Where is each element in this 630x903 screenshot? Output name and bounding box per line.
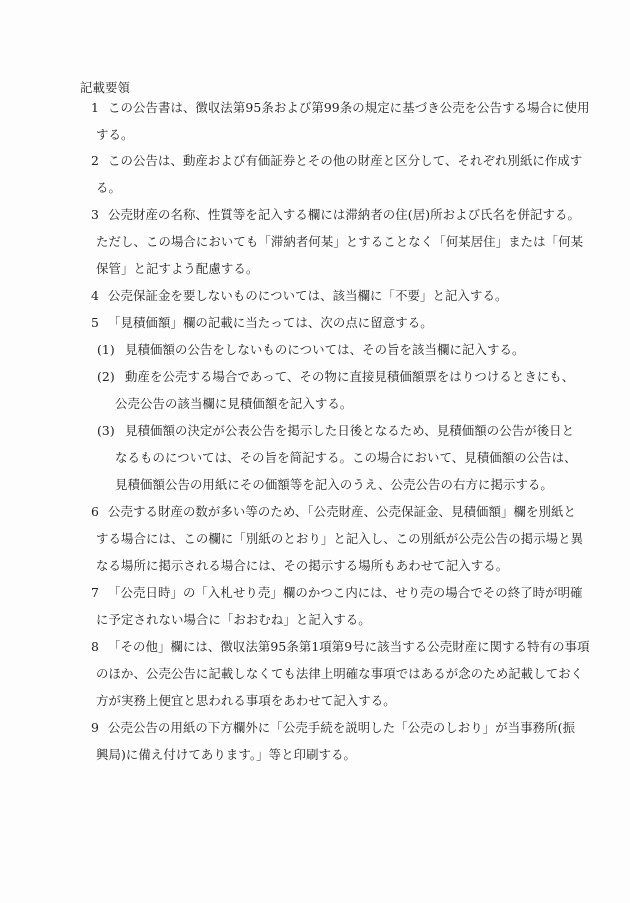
item-6-line-1: 公売する財産の数が多い等のため、「公売財産、公売保証金、見積価額」欄を別紙と (108, 504, 576, 520)
item-8-line-2: のほか、公売公告に記載しなくても法律上明確な事項ではあるが念のため記載しておく (96, 666, 583, 682)
item-4-line-1: 公売保証金を要しないものについては、該当欄に「不要」と記入する。 (108, 288, 507, 304)
item-5-line-1: 「見積価額」欄の記載に当たっては、次の点に留意する。 (108, 315, 433, 331)
item-9-line-2: 興局)に備え付けてあります。」等と印刷する。 (96, 747, 356, 763)
subitem-1-number: (1) (97, 342, 115, 358)
item-1-line-2: する。 (96, 127, 133, 143)
item-8-line-1: 「その他」欄には、徴収法第95条第1項第9号に該当する公売財産に関する特有の事項 (108, 639, 590, 655)
item-3-line-3: 保管」と記すよう配慮する。 (96, 261, 258, 277)
document-title: 記載要領 (80, 80, 130, 96)
item-3-line-1: 公売財産の名称、性質等を記入する欄には滞納者の住(居)所および氏名を併記する。 (108, 207, 580, 223)
item-8-number: 8 (91, 639, 99, 655)
subitem-2-line-2: 公売公告の該当欄に見積価額を記入する。 (115, 396, 352, 412)
subitem-3-line-2: なるものについては、その旨を简記する。この場合において、見積価額の公告は、 (115, 450, 577, 466)
item-7-line-2: に予定されない場合に「おおむね」と記入する。 (96, 612, 371, 628)
item-2-line-1: この公告は、動産および有価証券とその他の財産と区分して、それぞれ別紙に作成す (108, 153, 582, 169)
item-3-number: 3 (91, 207, 99, 223)
item-6-line-3: なる場所に掲示される場合には、その掲示する場所もあわせて記入する。 (96, 558, 508, 574)
subitem-3-line-3: 見積価額公告の用紙にその価額等を記入のうえ、公売公告の右方に掲示する。 (115, 477, 553, 493)
item-1-line-1: この公告書は、徴収法第95条および第99条の規定に基づき公売を公告する場合に使用 (108, 100, 590, 116)
subitem-3-number: (3) (97, 423, 115, 439)
item-9-line-1: 公売公告の用紙の下方欄外に「公売手続を説明した「公売のしおり」が当事務所(振 (108, 720, 575, 736)
item-2-line-2: る。 (96, 180, 121, 196)
item-2-number: 2 (91, 153, 99, 169)
item-6-number: 6 (91, 504, 99, 520)
item-5-number: 5 (91, 315, 99, 331)
item-3-line-2: ただし、この場合においても「滞納者何某」とすることなく「何某居住」または「何某 (96, 234, 583, 250)
item-8-line-3: 方が実務上便宜と思われる事項をあわせて記入する。 (96, 693, 396, 709)
item-7-line-1: 「公売日時」の「入札せり売」欄のかつこ内には、せり売の場合でその終了時が明確 (108, 585, 583, 601)
item-9-number: 9 (91, 720, 99, 736)
subitem-2-number: (2) (97, 369, 115, 385)
item-1-number: 1 (91, 100, 99, 116)
subitem-2-line-1: 動産を公売する場合であって、その物に直接見積価額票をはりつけるときにも、 (125, 369, 574, 385)
item-7-number: 7 (91, 585, 99, 601)
document-page: 記載要領 1 この公告書は、徴収法第95条および第99条の規定に基づき公売を公告… (0, 0, 630, 903)
subitem-3-line-1: 見積価額の決定が公表公告を掲示した日後となるため、見積価額の公告が後日と (125, 423, 574, 439)
subitem-1-line-1: 見積価額の公告をしないものについては、その旨を該当欄に記入する。 (125, 342, 524, 358)
item-6-line-2: する場合には、この欄に「別紙のとおり」と記入し、この別紙が公売公告の掲示場と異 (96, 531, 583, 547)
item-4-number: 4 (91, 288, 99, 304)
